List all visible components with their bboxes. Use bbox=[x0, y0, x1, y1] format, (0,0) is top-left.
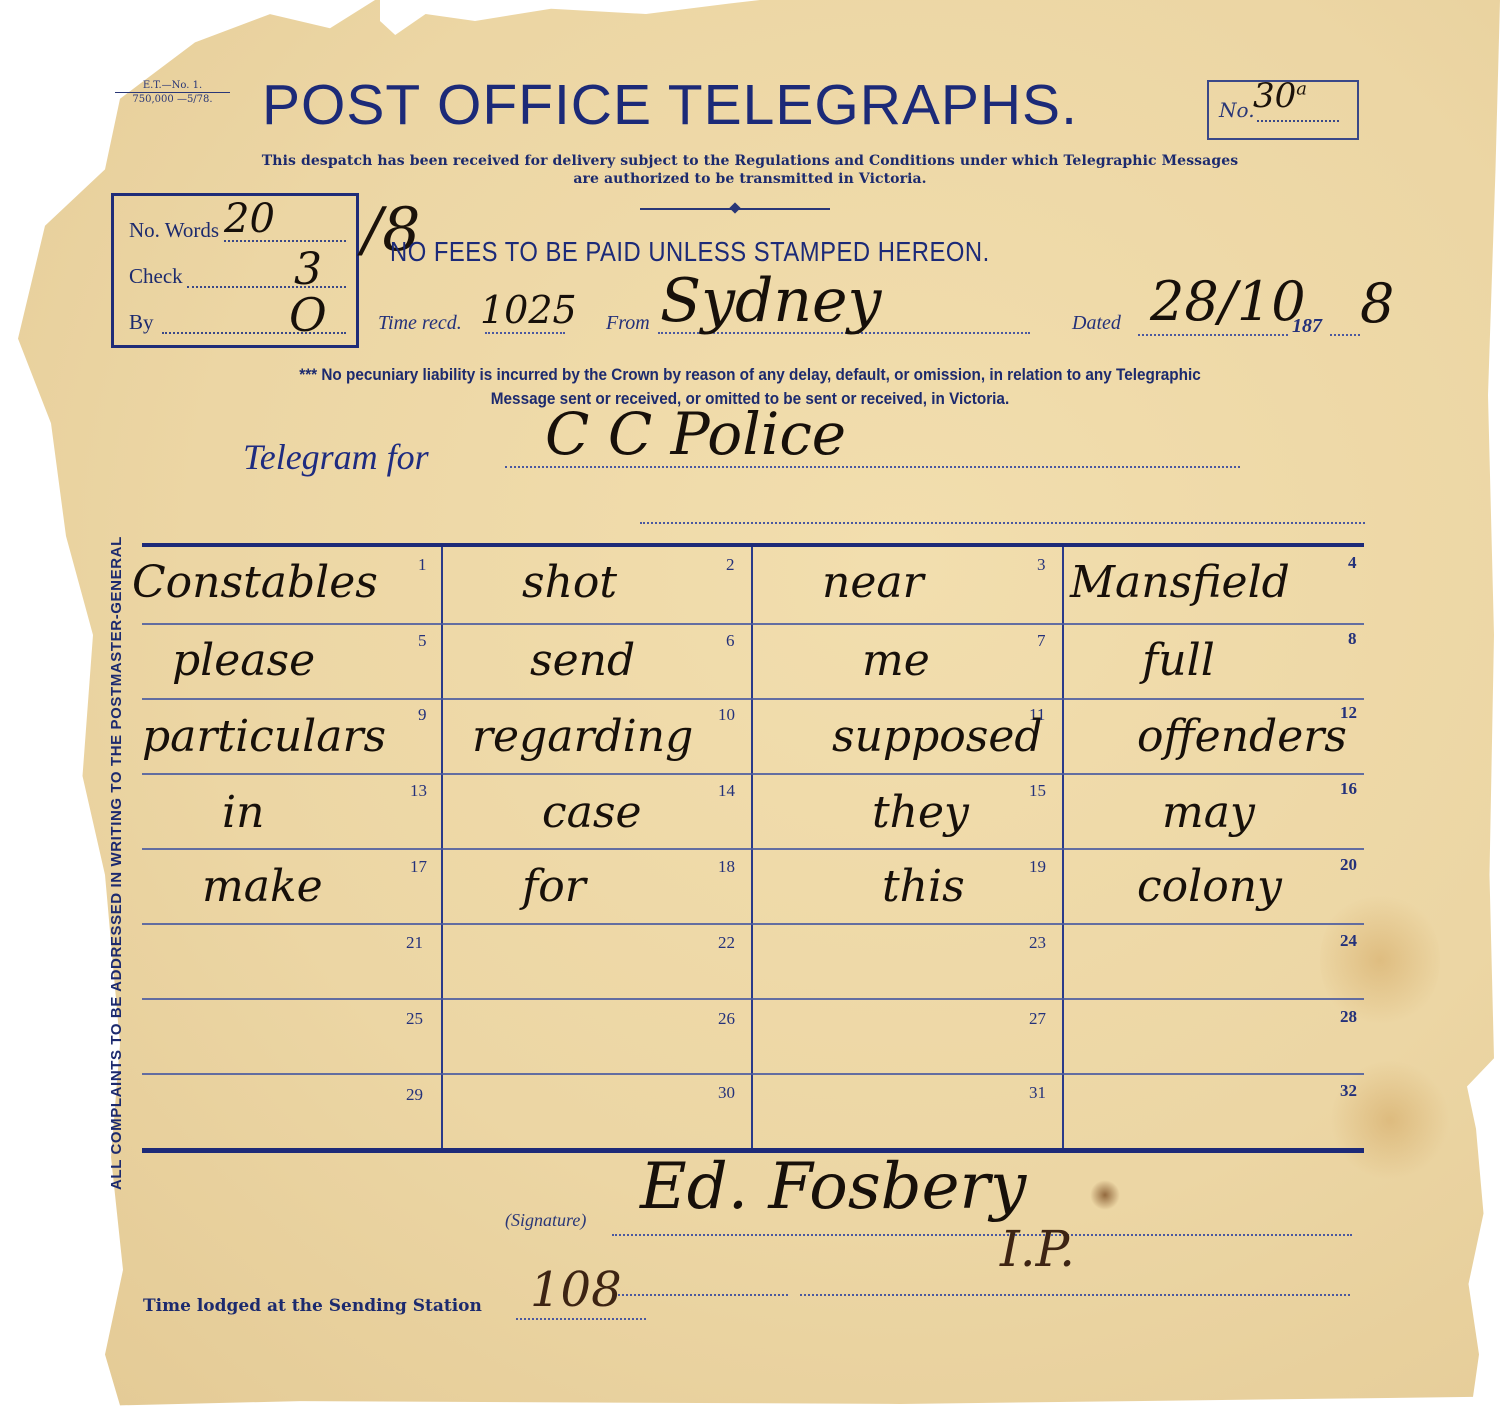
cell-number: 1 bbox=[418, 555, 427, 575]
cell-number: 3 bbox=[1037, 555, 1046, 575]
signature-label: (Signature) bbox=[505, 1210, 586, 1231]
from-value: Sydney bbox=[660, 266, 881, 336]
message-word: me bbox=[862, 635, 930, 686]
message-word: this bbox=[882, 861, 965, 912]
cell-number: 31 bbox=[1029, 1083, 1046, 1103]
delivery-notice: This despatch has been received for deli… bbox=[135, 152, 1365, 188]
cell-number: 26 bbox=[718, 1009, 735, 1029]
message-word: make bbox=[202, 861, 323, 912]
word-count-box: No. Words 20 Check 3 By O bbox=[111, 193, 359, 348]
message-word: near bbox=[822, 557, 924, 608]
from-label: From bbox=[606, 312, 650, 335]
no-fees-notice: NO FEES TO BE PAID UNLESS STAMPED HEREON… bbox=[390, 236, 990, 268]
cell-number: 4 bbox=[1348, 553, 1357, 573]
message-word: shot bbox=[522, 557, 617, 608]
ornament-divider bbox=[640, 208, 830, 210]
message-word: case bbox=[542, 787, 642, 838]
message-word: please bbox=[172, 635, 315, 686]
cell-number: 22 bbox=[718, 933, 735, 953]
message-word: may bbox=[1162, 787, 1255, 838]
cell-number: 8 bbox=[1348, 629, 1357, 649]
cell-number: 21 bbox=[406, 933, 423, 953]
message-word: particulars bbox=[142, 711, 386, 762]
message-word: in bbox=[222, 787, 264, 838]
message-word: full bbox=[1142, 635, 1215, 686]
message-word: colony bbox=[1137, 861, 1282, 912]
words-value: 20 bbox=[224, 196, 275, 242]
cell-number: 2 bbox=[726, 555, 735, 575]
by-label: By bbox=[129, 310, 154, 335]
cell-number: 13 bbox=[410, 781, 427, 801]
words-label: No. Words bbox=[129, 218, 219, 243]
cell-number: 25 bbox=[406, 1009, 423, 1029]
check-label: Check bbox=[129, 264, 183, 289]
year-prefix: 187 bbox=[1292, 315, 1322, 338]
complaints-notice: ALL COMPLAINTS TO BE ADDRESSED IN WRITIN… bbox=[108, 520, 125, 1190]
delivery-notice-line2: are authorized to be transmitted in Vict… bbox=[135, 170, 1365, 188]
delivery-notice-line1: This despatch has been received for deli… bbox=[135, 152, 1365, 170]
ink-blot bbox=[1090, 1180, 1120, 1210]
cell-number: 14 bbox=[718, 781, 735, 801]
message-word: Mansfield bbox=[1070, 557, 1290, 608]
cell-number: 30 bbox=[718, 1083, 735, 1103]
cell-number: 5 bbox=[418, 631, 427, 651]
dated-label: Dated bbox=[1072, 312, 1121, 335]
cell-number: 7 bbox=[1037, 631, 1046, 651]
time-lodged-label: Time lodged at the Sending Station bbox=[143, 1296, 482, 1316]
message-word: regarding bbox=[472, 711, 693, 762]
number-suffix: a bbox=[1296, 79, 1307, 100]
cell-number: 32 bbox=[1340, 1081, 1357, 1101]
time-lodged-value: 108 bbox=[530, 1262, 622, 1318]
cell-number: 9 bbox=[418, 705, 427, 725]
by-value: O bbox=[289, 288, 327, 342]
number-value: 30a bbox=[1253, 76, 1307, 116]
cell-number: 28 bbox=[1340, 1007, 1357, 1027]
cell-number: 6 bbox=[726, 631, 735, 651]
message-grid: 1 2 3 4 Constables shot near Mansfield 5… bbox=[142, 543, 1364, 1153]
recipient-value: C C Police bbox=[545, 400, 846, 468]
cell-number: 18 bbox=[718, 857, 735, 877]
form-code: E.T.—No. 1. 750,000 —5/78. bbox=[115, 80, 230, 105]
message-word: for bbox=[522, 861, 586, 912]
cell-number: 10 bbox=[718, 705, 735, 725]
telegram-number-box: No. 30a bbox=[1207, 80, 1359, 140]
cell-number: 16 bbox=[1340, 779, 1357, 799]
cell-number: 24 bbox=[1340, 931, 1357, 951]
cell-number: 20 bbox=[1340, 855, 1357, 875]
liability-line1: *** No pecuniary liability is incurred b… bbox=[197, 363, 1304, 387]
number-digits: 30 bbox=[1253, 76, 1296, 116]
message-word: offenders bbox=[1137, 711, 1347, 762]
cell-number: 15 bbox=[1029, 781, 1046, 801]
by-row: By O bbox=[129, 310, 346, 340]
recipient-label: Telegram for bbox=[243, 436, 429, 478]
signature-value: Ed. Fosbery bbox=[640, 1150, 1026, 1224]
cell-number: 27 bbox=[1029, 1009, 1046, 1029]
cell-number: 19 bbox=[1029, 857, 1046, 877]
message-word: supposed bbox=[832, 711, 1043, 762]
dated-value: 28/10 bbox=[1150, 270, 1306, 333]
year-suffix: 8 bbox=[1360, 272, 1394, 335]
message-word: send bbox=[530, 635, 635, 686]
page-title: POST OFFICE TELEGRAPHS. bbox=[262, 72, 1078, 138]
cell-number: 23 bbox=[1029, 933, 1046, 953]
message-word: Constables bbox=[132, 557, 378, 608]
form-code-line1: E.T.—No. 1. bbox=[115, 80, 230, 91]
form-code-line2: 750,000 —5/78. bbox=[115, 94, 230, 105]
message-word: they bbox=[872, 787, 969, 838]
time-received-label: Time recd. bbox=[378, 312, 462, 335]
cell-number: 29 bbox=[406, 1085, 423, 1105]
number-label: No. bbox=[1219, 98, 1255, 122]
time-received-value: 1025 bbox=[480, 288, 577, 332]
signature-title: I.P. bbox=[1000, 1220, 1075, 1278]
cell-number: 17 bbox=[410, 857, 427, 877]
